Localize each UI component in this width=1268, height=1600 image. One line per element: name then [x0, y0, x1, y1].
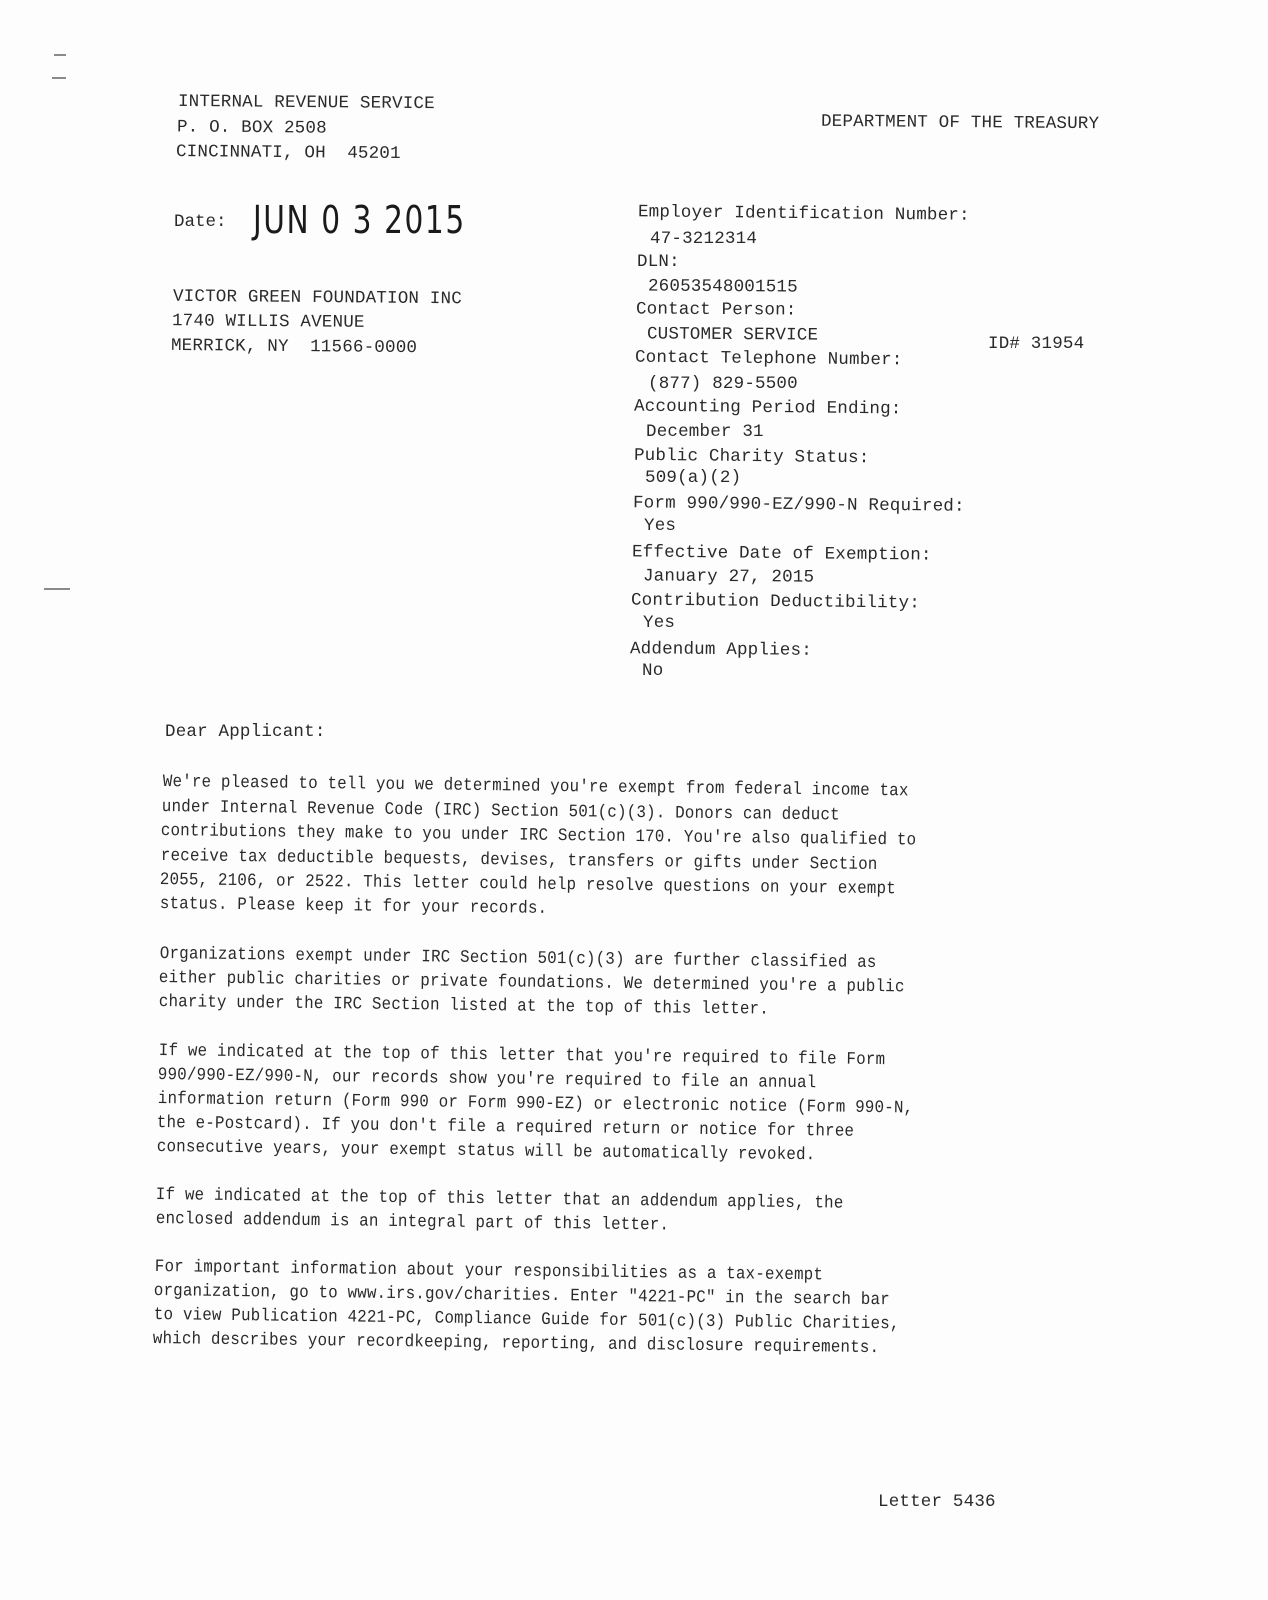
- letter-number: Letter 5436: [878, 1491, 996, 1513]
- charity-value: 509(a)(2): [645, 467, 741, 489]
- scan-mark: [54, 54, 66, 56]
- dln-label: DLN:: [637, 251, 680, 273]
- recipient-line: 1740 WILLIS AVENUE: [172, 310, 365, 334]
- effective-value: January 27, 2015: [643, 565, 814, 588]
- scan-mark: [44, 588, 70, 590]
- department-heading: DEPARTMENT OF THE TREASURY: [821, 111, 1099, 135]
- dln-value: 26053548001515: [648, 275, 798, 298]
- sender-line: INTERNAL REVENUE SERVICE: [178, 91, 435, 115]
- paragraph-line: enclosed addendum is an integral part of…: [156, 1208, 670, 1236]
- addendum-label: Addendum Applies:: [630, 638, 812, 662]
- charity-label: Public Charity Status:: [634, 445, 870, 469]
- phone-value: (877) 829-5500: [648, 373, 798, 395]
- ein-value: 47-3212314: [650, 228, 757, 250]
- scan-mark: [52, 77, 66, 79]
- paragraph-line: status. Please keep it for your records.: [160, 893, 548, 920]
- contact-value: CUSTOMER SERVICE: [647, 323, 818, 346]
- letter-page: INTERNAL REVENUE SERVICE P. O. BOX 2508 …: [0, 0, 1268, 1600]
- date-stamp: JUN 0 3 2015: [253, 198, 466, 242]
- contact-id: ID# 31954: [988, 333, 1084, 355]
- sender-line: P. O. BOX 2508: [177, 116, 327, 139]
- deduct-label: Contribution Deductibility:: [631, 589, 920, 614]
- phone-label: Contact Telephone Number:: [635, 347, 903, 372]
- sender-line: CINCINNATI, OH 45201: [176, 141, 401, 165]
- recipient-line: VICTOR GREEN FOUNDATION INC: [173, 286, 462, 311]
- deduct-value: Yes: [643, 612, 675, 634]
- addendum-value: No: [642, 660, 663, 682]
- ein-label: Employer Identification Number:: [638, 201, 970, 226]
- contact-label: Contact Person:: [636, 298, 797, 321]
- effective-label: Effective Date of Exemption:: [632, 541, 932, 566]
- date-label: Date:: [174, 212, 227, 232]
- period-value: December 31: [646, 421, 764, 443]
- form-label: Form 990/990-EZ/990-N Required:: [633, 492, 965, 517]
- salutation: Dear Applicant:: [165, 721, 326, 743]
- recipient-line: MERRICK, NY 11566-0000: [171, 335, 417, 359]
- period-label: Accounting Period Ending:: [634, 396, 902, 421]
- form-value: Yes: [644, 515, 676, 537]
